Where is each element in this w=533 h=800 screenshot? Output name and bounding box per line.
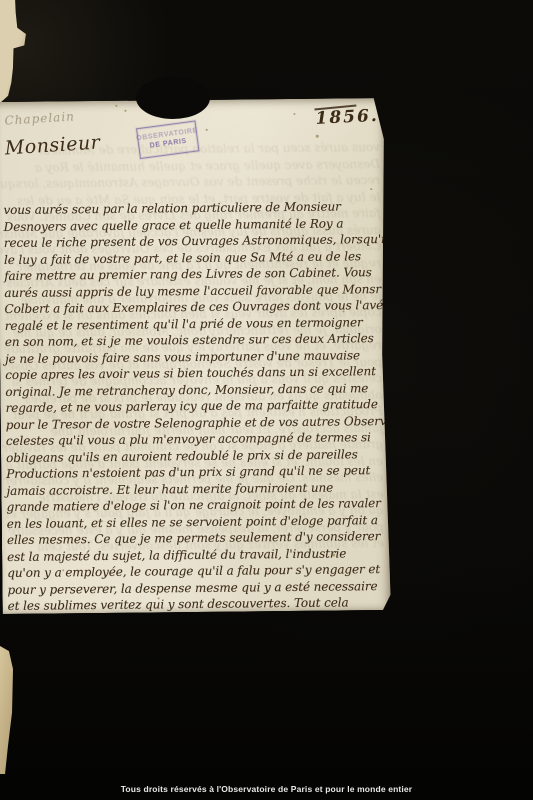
- paper-speck: [293, 113, 295, 115]
- paper-speck: [343, 310, 345, 312]
- torn-paper-fragment: [0, 0, 27, 103]
- paper-speck: [115, 105, 117, 107]
- copyright-caption: Tous droits réservés à l'Observatoire de…: [0, 784, 533, 794]
- scan-background: Chapelain 1856. OBSERVATOIRE DE PARIS Mo…: [0, 0, 533, 800]
- archive-number: 1856.: [315, 106, 379, 129]
- paper-speck: [206, 129, 208, 131]
- letter-body: vous aurés sceu par la relation particul…: [3, 198, 389, 614]
- letter-salutation: Monsieur: [4, 131, 101, 159]
- underlying-leaf-edge: [0, 646, 14, 774]
- paper-speck: [370, 188, 372, 190]
- ghost-line: Desnoyers avec quelle grace et quelle hu…: [0, 156, 380, 176]
- pencil-author-note: Chapelain: [4, 109, 75, 127]
- paper-speck: [332, 554, 335, 557]
- paper-speck: [124, 110, 126, 112]
- paper-speck: [62, 569, 64, 571]
- page-edge-notch: [136, 77, 210, 119]
- manuscript-page: Chapelain 1856. OBSERVATOIRE DE PARIS Mo…: [0, 98, 391, 614]
- ghost-line: receu le riche present de vos Ouvrages A…: [0, 172, 380, 192]
- paper-speck: [316, 135, 319, 138]
- paper-speck: [158, 597, 160, 599]
- letter-line: et les sublimes veritez qui y sont desco…: [8, 594, 390, 614]
- observatory-stamp: OBSERVATOIRE DE PARIS: [136, 120, 200, 159]
